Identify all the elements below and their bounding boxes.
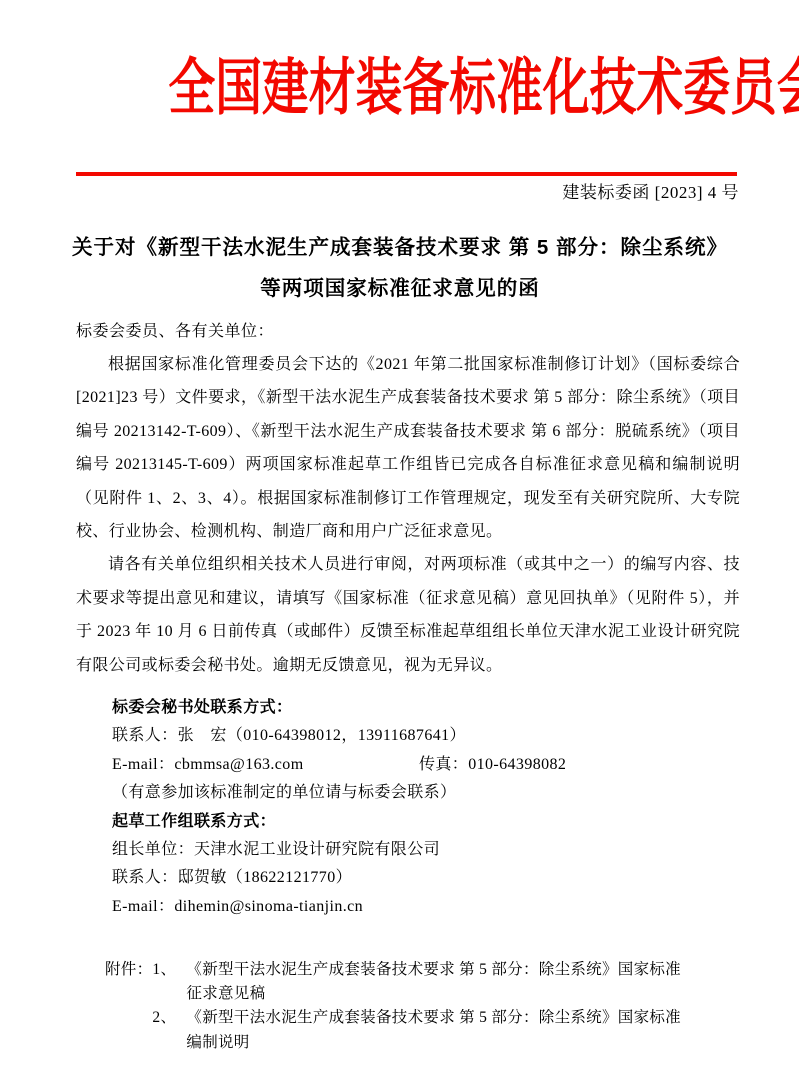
body-paragraph-2: 请各有关单位组织相关技术人员进行审阅，对两项标准（或其中之一）的编写内容、技术要… [76,548,740,682]
attachment-item-line-2: 征求意见稿 [186,982,731,1006]
body-paragraph-1: 根据国家标准化管理委员会下达的《2021 年第二批国家标准制修订计划》（国标委综… [76,348,740,548]
secretariat-email: E-mail：cbmmsa@163.com [112,756,304,773]
attachment-item-text: 《新型干法水泥生产成套装备技术要求 第 5 部分：除尘系统》国家标准 征求意见稿 [186,958,731,1006]
secretariat-contact-heading: 标委会秘书处联系方式： [112,694,740,722]
attachments-section: 附件： 1、 《新型干法水泥生产成套装备技术要求 第 5 部分：除尘系统》国家标… [105,958,753,1055]
document-title-line-2: 等两项国家标准征求意见的函 [64,268,736,309]
secretariat-note: （有意参加该标准制定的单位请与标委会联系） [112,779,740,807]
attachment-item-line-1: 《新型干法水泥生产成套装备技术要求 第 5 部分：除尘系统》国家标准 [186,1006,731,1030]
drafting-group-contact-person: 联系人：邸贺敏（18622121770） [112,864,740,892]
attachments-label: 附件： [105,958,152,982]
attachment-item-text: 《新型干法水泥生产成套装备技术要求 第 5 部分：除尘系统》国家标准 编制说明 [186,1006,731,1054]
contact-section: 标委会秘书处联系方式： 联系人：张 宏（010-64398012，1391168… [112,694,740,921]
secretariat-email-fax-line: E-mail：cbmmsa@163.com 传真：010-64398082 [112,751,740,779]
attachment-item: 1、 《新型干法水泥生产成套装备技术要求 第 5 部分：除尘系统》国家标准 征求… [152,958,731,1006]
attachment-item-line-1: 《新型干法水泥生产成套装备技术要求 第 5 部分：除尘系统》国家标准 [186,958,731,982]
document-title-line-1: 关于对《新型干法水泥生产成套装备技术要求 第 5 部分：除尘系统》 [64,227,736,268]
drafting-group-email: E-mail：dihemin@sinoma-tianjin.cn [112,893,740,921]
body-text: 根据国家标准化管理委员会下达的《2021 年第二批国家标准制修订计划》（国标委综… [76,348,740,682]
attachment-item-line-2: 编制说明 [186,1031,731,1055]
attachment-item-number: 2、 [152,1006,186,1030]
salutation: 标委会委员、各有关单位： [76,321,274,343]
secretariat-contact-person: 联系人：张 宏（010-64398012，13911687641） [112,722,740,750]
document-page: 全国建材装备标准化技术委员会 建装标委函 [2023] 4 号 关于对《新型干法… [0,0,799,1072]
attachments-list: 1、 《新型干法水泥生产成套装备技术要求 第 5 部分：除尘系统》国家标准 征求… [152,958,731,1055]
attachment-item: 2、 《新型干法水泥生产成套装备技术要求 第 5 部分：除尘系统》国家标准 编制… [152,1006,731,1054]
drafting-group-leader-unit: 组长单位：天津水泥工业设计研究院有限公司 [112,836,740,864]
organization-masthead: 全国建材装备标准化技术委员会 [76,52,740,124]
organization-name: 全国建材装备标准化技术委员会 [168,51,799,124]
red-divider-line [76,172,737,176]
secretariat-fax: 传真：010-64398082 [419,751,566,779]
document-number: 建装标委函 [2023] 4 号 [562,183,739,203]
document-title: 关于对《新型干法水泥生产成套装备技术要求 第 5 部分：除尘系统》 等两项国家标… [64,227,736,309]
attachment-item-number: 1、 [152,958,186,982]
drafting-group-contact-heading: 起草工作组联系方式： [112,808,740,836]
